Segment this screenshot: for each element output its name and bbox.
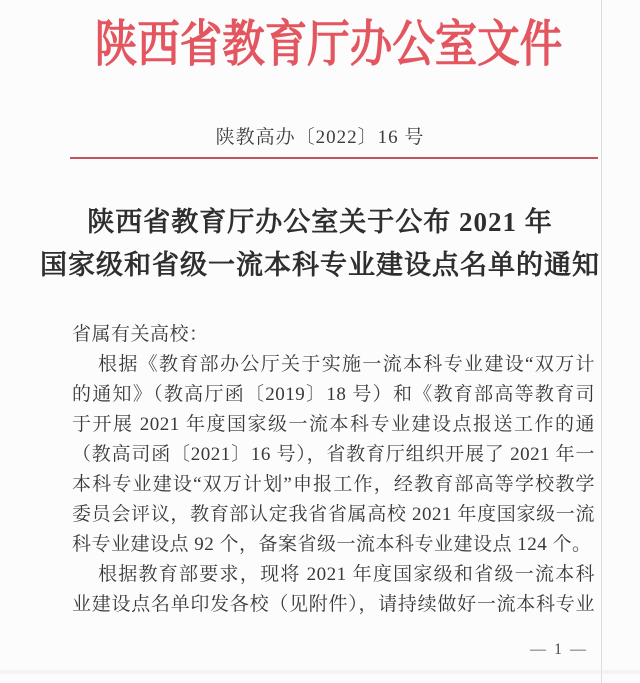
body-line: 科专业建设点 92 个，备案省级一流本科专业建设点 124 个。 (72, 530, 595, 560)
body-line: 于开展 2021 年度国家级一流本科专业建设点报送工作的通知》 (72, 410, 595, 440)
document-body: 省属有关高校： 根据《教育部办公厅关于实施一流本科专业建设“双万计划” 的通知》… (72, 320, 595, 620)
body-line: 根据教育部要求，现将 2021 年度国家级和省级一流本科专 (72, 560, 595, 590)
red-separator-line (70, 157, 598, 159)
red-header-title: 陕西省教育厅办公室文件 (57, 14, 601, 74)
document-title-line-2: 国家级和省级一流本科专业建设点名单的通知 (0, 244, 640, 287)
body-line: 的通知》（教高厅函〔2019〕18 号）和《教育部高等教育司关 (72, 380, 595, 410)
scan-shadow (0, 670, 640, 674)
document-title: 陕西省教育厅办公室关于公布 2021 年 国家级和省级一流本科专业建设点名单的通… (0, 201, 640, 287)
document-number: 陕教高办〔2022〕16 号 (0, 126, 640, 149)
salutation: 省属有关高校： (72, 320, 595, 350)
document-title-line-1: 陕西省教育厅办公室关于公布 2021 年 (0, 201, 640, 244)
body-line: 本科专业建设“双万计划”申报工作，经教育部高等学校教学指导 (72, 470, 595, 500)
body-line: 根据《教育部办公厅关于实施一流本科专业建设“双万计划” (72, 350, 595, 380)
body-line: 业建设点名单印发各校（见附件），请持续做好一流本科专业建 (72, 590, 595, 620)
scan-edge-line (601, 0, 602, 683)
body-line: （教高司函〔2021〕16 号），省教育厅组织开展了 2021 年一流 (72, 440, 595, 470)
document-page: 陕西省教育厅办公室文件 陕教高办〔2022〕16 号 陕西省教育厅办公室关于公布… (0, 0, 640, 683)
body-line: 委员会评议，教育部认定我省省属高校 2021 年度国家级一流本 (72, 500, 595, 530)
page-number: — 1 — (0, 640, 588, 660)
